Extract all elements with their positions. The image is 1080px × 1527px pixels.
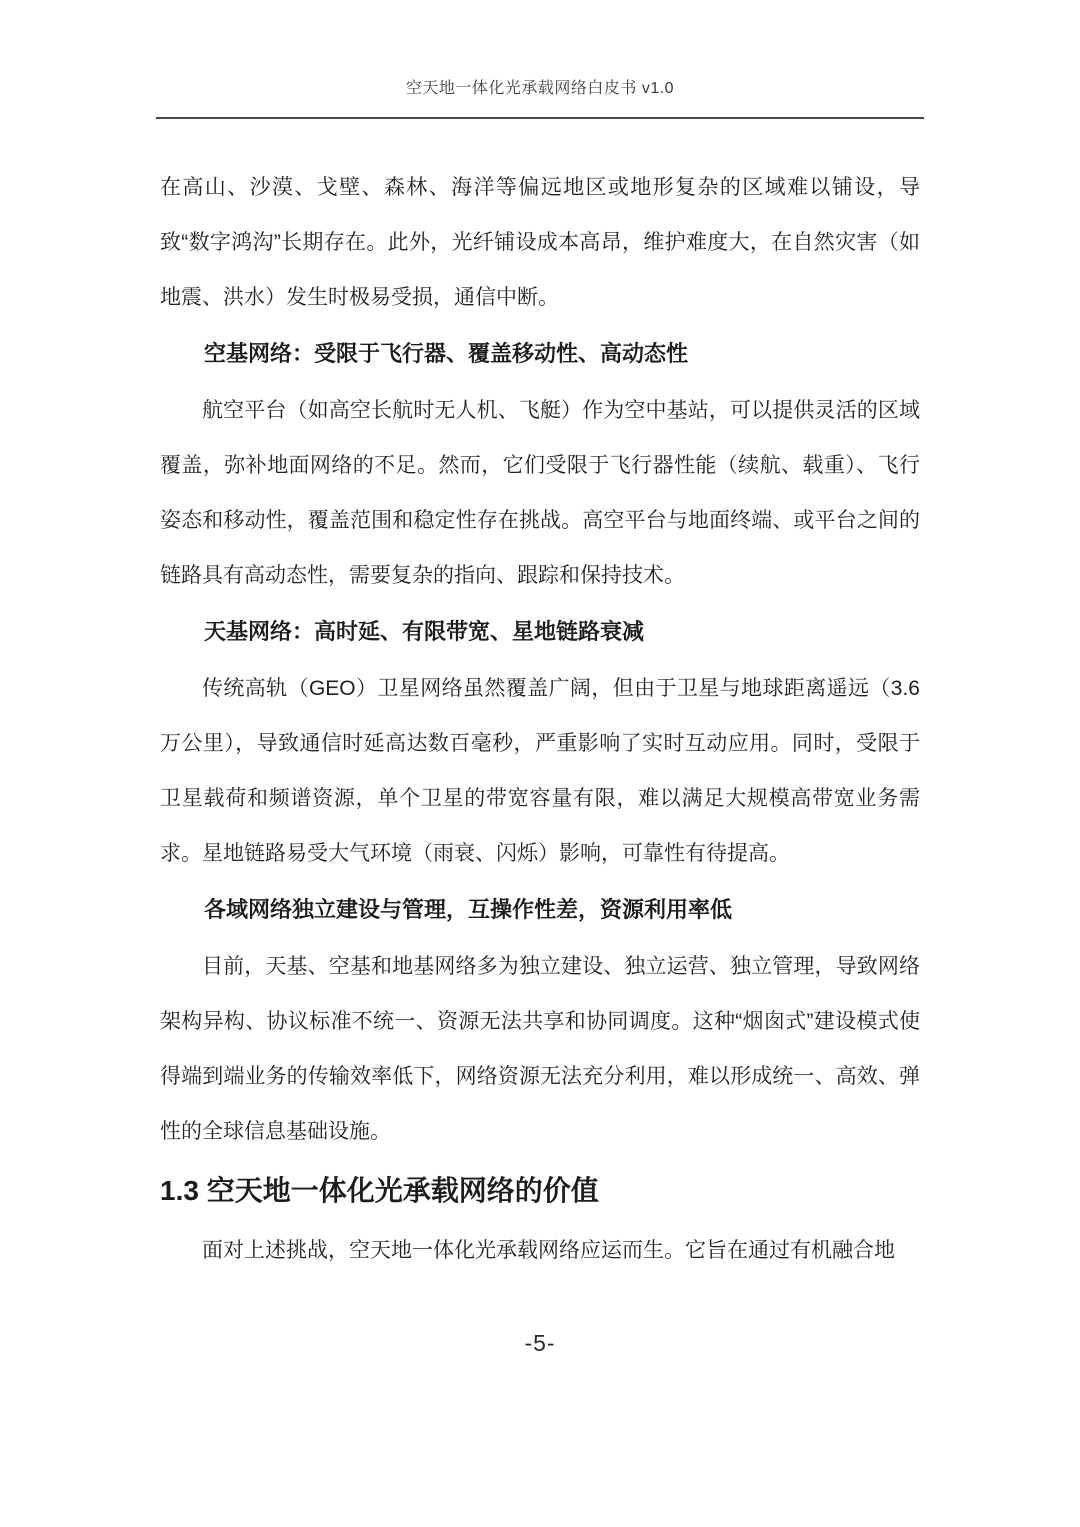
sub-heading: 各域网络独立建设与管理，互操作性差，资源利用率低	[160, 881, 920, 939]
body-paragraph: 面对上述挑战，空天地一体化光承载网络应运而生。它旨在通过有机融合地	[160, 1223, 920, 1278]
body-paragraph: 在高山、沙漠、戈壁、森林、海洋等偏远地区或地形复杂的区域难以铺设，导致“数字鸿沟…	[160, 160, 920, 325]
sub-heading: 空基网络：受限于飞行器、覆盖移动性、高动态性	[160, 325, 920, 383]
body-paragraph: 传统高轨（GEO）卫星网络虽然覆盖广阔，但由于卫星与地球距离遥远（3.6万公里）…	[160, 661, 920, 881]
page-header: 空天地一体化光承载网络白皮书 v1.0	[0, 0, 1080, 119]
document-title: 空天地一体化光承载网络白皮书 v1.0	[0, 80, 1080, 98]
page-number: -5-	[524, 1330, 555, 1356]
section-heading: 1.3 空天地一体化光承载网络的价值	[160, 1159, 920, 1223]
document-page: 空天地一体化光承载网络白皮书 v1.0 在高山、沙漠、戈壁、森林、海洋等偏远地区…	[0, 0, 1080, 1527]
page-footer: -5-	[0, 1330, 1080, 1357]
body-paragraph: 目前，天基、空基和地基网络多为独立建设、独立运营、独立管理，导致网络架构异构、协…	[160, 939, 920, 1159]
content-blocks: 在高山、沙漠、戈壁、森林、海洋等偏远地区或地形复杂的区域难以铺设，导致“数字鸿沟…	[0, 119, 1080, 1278]
body-paragraph: 航空平台（如高空长航时无人机、飞艇）作为空中基站，可以提供灵活的区域覆盖，弥补地…	[160, 383, 920, 603]
sub-heading: 天基网络：高时延、有限带宽、星地链路衰减	[160, 603, 920, 661]
